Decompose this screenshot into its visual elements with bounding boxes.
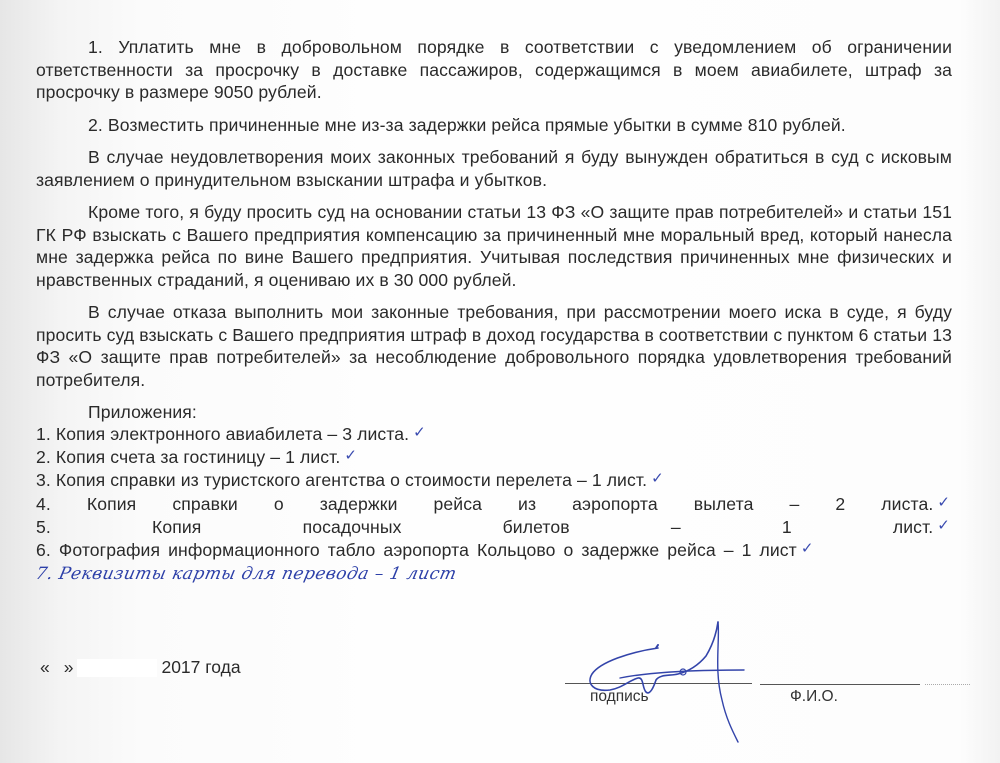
paragraph-court-warning: В случае неудовлетворения моих законных … — [36, 146, 952, 191]
word: – — [671, 516, 681, 539]
attachment-text: 6. Фотография информационного табло аэро… — [36, 540, 797, 560]
attachment-text: 2. Копия счета за гостиницу – 1 лист. — [36, 447, 340, 467]
word: Копия — [152, 516, 201, 539]
word: – — [789, 493, 799, 516]
word-with-check: лист.✓ — [893, 516, 950, 539]
word: билетов — [503, 516, 570, 539]
paragraph-demand-2: 2. Возместить причиненные мне из-за заде… — [36, 114, 952, 137]
word: аэропорта — [572, 493, 658, 516]
paragraph-moral-damage: Кроме того, я буду просить суд на основа… — [36, 201, 952, 291]
attachments-section: Приложения: 1. Копия электронного авиаби… — [36, 401, 952, 584]
attachment-item-2: 2. Копия счета за гостиницу – 1 лист.✓ — [36, 446, 952, 469]
word: 5. — [36, 516, 51, 539]
date-line: «»2017 года — [40, 657, 241, 678]
paragraph-demand-1: 1. Уплатить мне в добровольном порядке в… — [36, 36, 952, 104]
handwritten-signature-icon — [560, 600, 980, 760]
checkmark-icon: ✓ — [344, 444, 357, 466]
attachment-item-4: 4. Копия справки о задержки рейса из аэр… — [36, 493, 950, 516]
word: лист. — [893, 517, 933, 537]
word: посадочных — [303, 516, 402, 539]
word: из — [518, 493, 536, 516]
word: листа. — [881, 494, 933, 514]
handwritten-note: 7. Реквизиты карты для перевода – 1 лист — [34, 564, 459, 584]
attachment-text: 1. Копия электронного авиабилета – 3 лис… — [36, 424, 409, 444]
year-text: 2017 года — [161, 657, 240, 677]
open-quote: « — [40, 657, 50, 677]
document-page: 1. Уплатить мне в добровольном порядке в… — [36, 36, 952, 584]
word: о — [274, 493, 284, 516]
redacted-month — [77, 659, 157, 677]
attachments-title: Приложения: — [36, 401, 952, 423]
close-quote: » — [64, 657, 74, 677]
word: 1 — [782, 516, 792, 539]
word: 4. — [36, 493, 51, 516]
checkmark-icon: ✓ — [413, 421, 426, 443]
word: Копия — [87, 493, 136, 516]
attachment-item-6: 6. Фотография информационного табло аэро… — [36, 539, 952, 562]
checkmark-icon: ✓ — [937, 491, 950, 513]
signature-block: подпись Ф.И.О. — [560, 600, 980, 760]
word: 2 — [835, 493, 845, 516]
word: вылета — [694, 493, 754, 516]
word: рейса — [434, 493, 482, 516]
checkmark-icon: ✓ — [651, 467, 664, 489]
attachment-item-1: 1. Копия электронного авиабилета – 3 лис… — [36, 423, 952, 446]
attachment-item-3: 3. Копия справки из туристского агентств… — [36, 469, 952, 492]
attachment-text: 3. Копия справки из туристского агентств… — [36, 470, 647, 490]
attachment-item-5: 5. Копия посадочных билетов – 1 лист.✓ — [36, 516, 950, 539]
word-with-check: листа.✓ — [881, 493, 950, 516]
checkmark-icon: ✓ — [801, 537, 814, 559]
word: справки — [172, 493, 237, 516]
checkmark-icon: ✓ — [937, 514, 950, 536]
paragraph-state-fine: В случае отказа выполнить мои законные т… — [36, 301, 952, 391]
word: задержки — [320, 493, 398, 516]
attachment-item-7-handwritten: 7. Реквизиты карты для перевода – 1 лист — [36, 562, 952, 584]
